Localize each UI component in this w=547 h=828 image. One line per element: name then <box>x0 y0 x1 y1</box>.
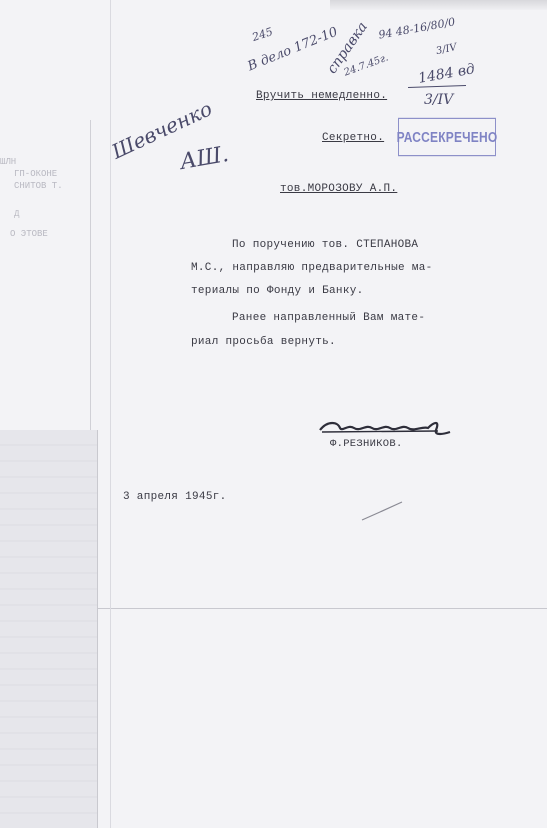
body-line: риал просьба вернуть. <box>191 336 336 348</box>
under-sheet-fragment: Д <box>14 208 19 220</box>
body-line: Ранее направленный Вам мате- <box>232 312 425 324</box>
under-sheet-fragment: ШЛН <box>0 156 16 168</box>
under-sheet-fragment: СНИТОВ Т. <box>14 180 63 192</box>
signatory-name: Ф.РЕЗНИКОВ. <box>330 438 403 450</box>
classification-secret: Секретно. <box>322 132 384 144</box>
pen-stroke-mark <box>360 500 405 522</box>
underlying-ledger-sheet <box>0 430 98 828</box>
instruction-deliver-immediately: Вручить немедленно. <box>256 90 387 102</box>
body-line: По поручению тов. СТЕПАНОВА <box>232 239 418 251</box>
handwritten-incoming-date: 3/IV <box>424 92 453 108</box>
signature-scribble <box>318 418 453 440</box>
declassified-stamp: РАССЕКРЕЧЕНО <box>398 118 496 156</box>
page-margin-line <box>110 0 111 828</box>
body-line: М.С., направляю предварительные ма- <box>191 262 433 274</box>
addressee: тов.МОРОЗОВУ А.П. <box>280 183 397 195</box>
document-date: 3 апреля 1945г. <box>123 491 227 503</box>
under-sheet-fragment: ГП-ОКОНЕ <box>14 168 57 180</box>
under-sheet-fragment: О ЭТОВЕ <box>10 228 48 240</box>
underlying-sheet-upper: ШЛН ГП-ОКОНЕ СНИТОВ Т. Д О ЭТОВЕ <box>0 120 91 430</box>
body-line: териалы по Фонду и Банку. <box>191 285 364 297</box>
